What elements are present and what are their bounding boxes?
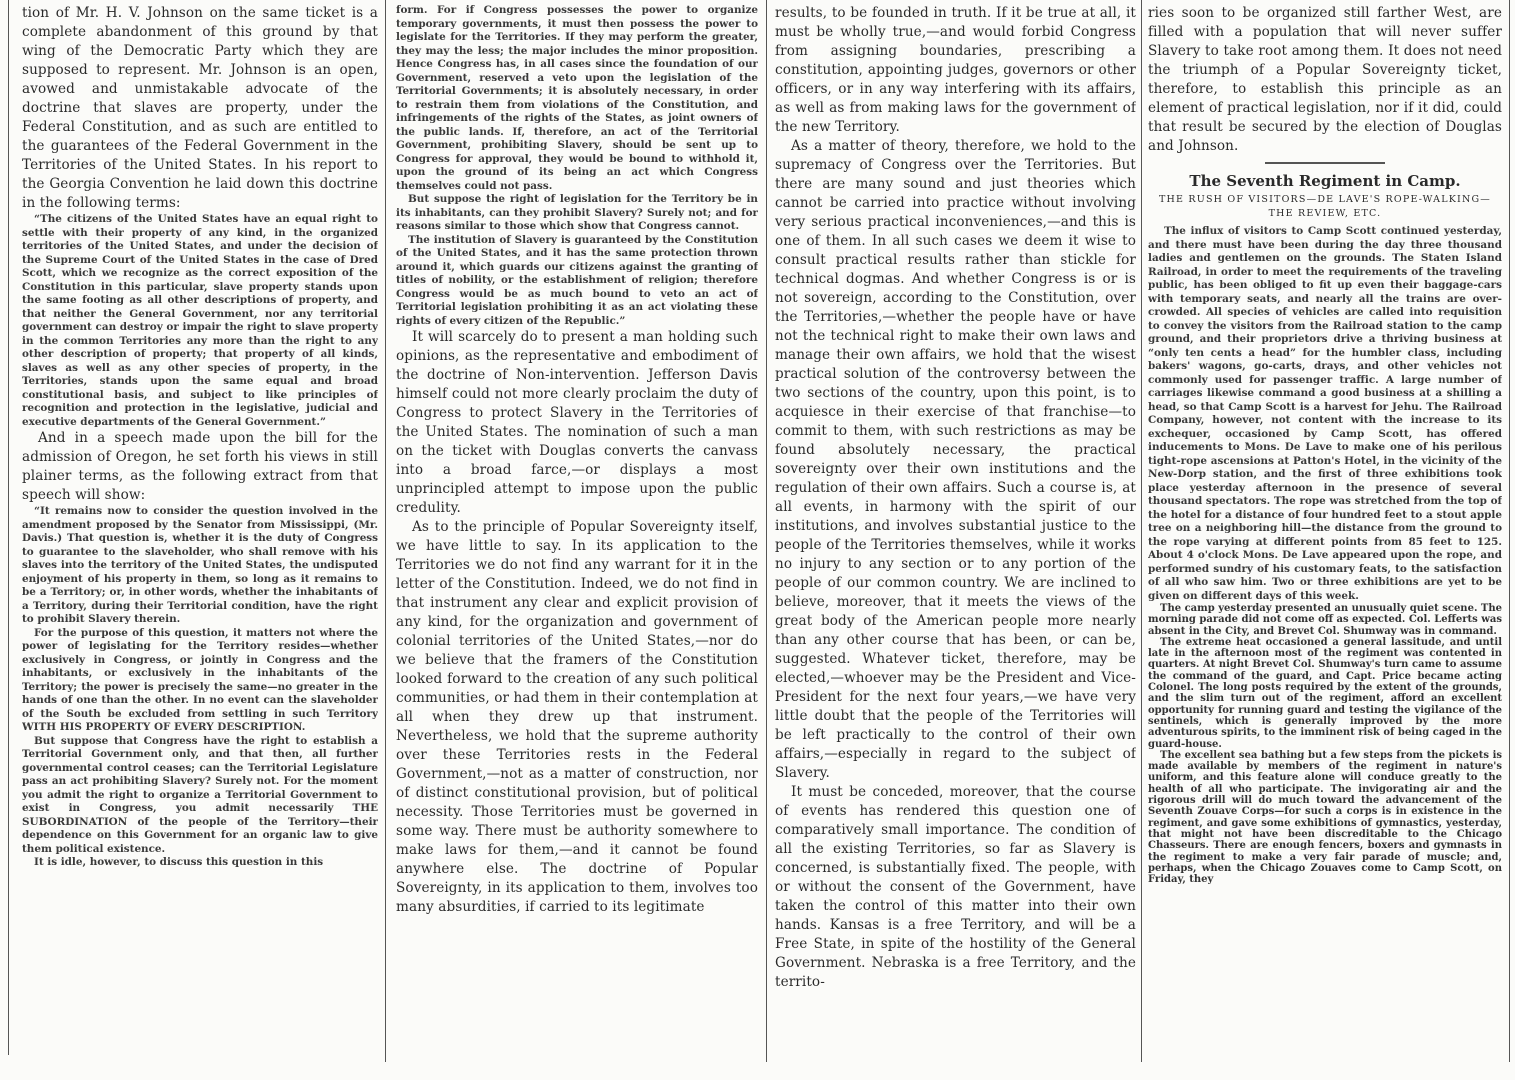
column-1: tion of Mr. H. V. Johnson on the same ti… xyxy=(22,4,378,1056)
column-4: ries soon to be organized still farther … xyxy=(1148,4,1502,1064)
article-headline: The Seventh Regiment in Camp. xyxy=(1148,172,1502,190)
article-paragraph: The influx of visitors to Camp Scott con… xyxy=(1148,225,1502,603)
paragraph: As to the principle of Popular Sovereign… xyxy=(396,518,758,917)
quote-oregon-speech: But suppose that Congress have the right… xyxy=(22,735,378,857)
section-divider xyxy=(1265,162,1385,164)
paragraph: It must be conceded, moreover, that the … xyxy=(775,783,1136,992)
article-paragraph: The extreme heat occasioned a general la… xyxy=(1148,637,1502,750)
paragraph: And in a speech made upon the bill for t… xyxy=(22,429,378,505)
quote-oregon-speech: “It remains now to consider the question… xyxy=(22,505,378,627)
column-rule xyxy=(8,0,9,1055)
newspaper-page: tion of Mr. H. V. Johnson on the same ti… xyxy=(0,0,1515,1080)
quote-continued: The institution of Slavery is guaranteed… xyxy=(396,234,758,329)
paragraph: ries soon to be organized still farther … xyxy=(1148,4,1502,156)
column-rule xyxy=(766,0,767,1062)
paragraph: As a matter of theory, therefore, we hol… xyxy=(775,137,1136,783)
column-2: form. For if Congress possesses the powe… xyxy=(396,4,758,1064)
column-rule xyxy=(385,0,386,1062)
paragraph: It will scarcely do to present a man hol… xyxy=(396,328,758,518)
column-rule xyxy=(1509,0,1510,1062)
paragraph: tion of Mr. H. V. Johnson on the same ti… xyxy=(22,4,378,213)
column-3: results, to be founded in truth. If it b… xyxy=(775,4,1136,1064)
article-paragraph: The camp yesterday presented an unusuall… xyxy=(1148,603,1502,637)
article-paragraph: The excellent sea bathing but a few step… xyxy=(1148,750,1502,886)
column-rule xyxy=(1141,0,1142,1062)
quote-oregon-speech: It is idle, however, to discuss this que… xyxy=(22,856,378,870)
quote-oregon-speech: For the purpose of this question, it mat… xyxy=(22,627,378,735)
quote-georgia-convention: “The citizens of the United States have … xyxy=(22,213,378,429)
paragraph: results, to be founded in truth. If it b… xyxy=(775,4,1136,137)
quote-continued: form. For if Congress possesses the powe… xyxy=(396,4,758,193)
article-subhead: THE RUSH OF VISITORS—DE LAVE'S ROPE-WALK… xyxy=(1148,193,1502,221)
quote-continued: But suppose the right of legislation for… xyxy=(396,193,758,234)
